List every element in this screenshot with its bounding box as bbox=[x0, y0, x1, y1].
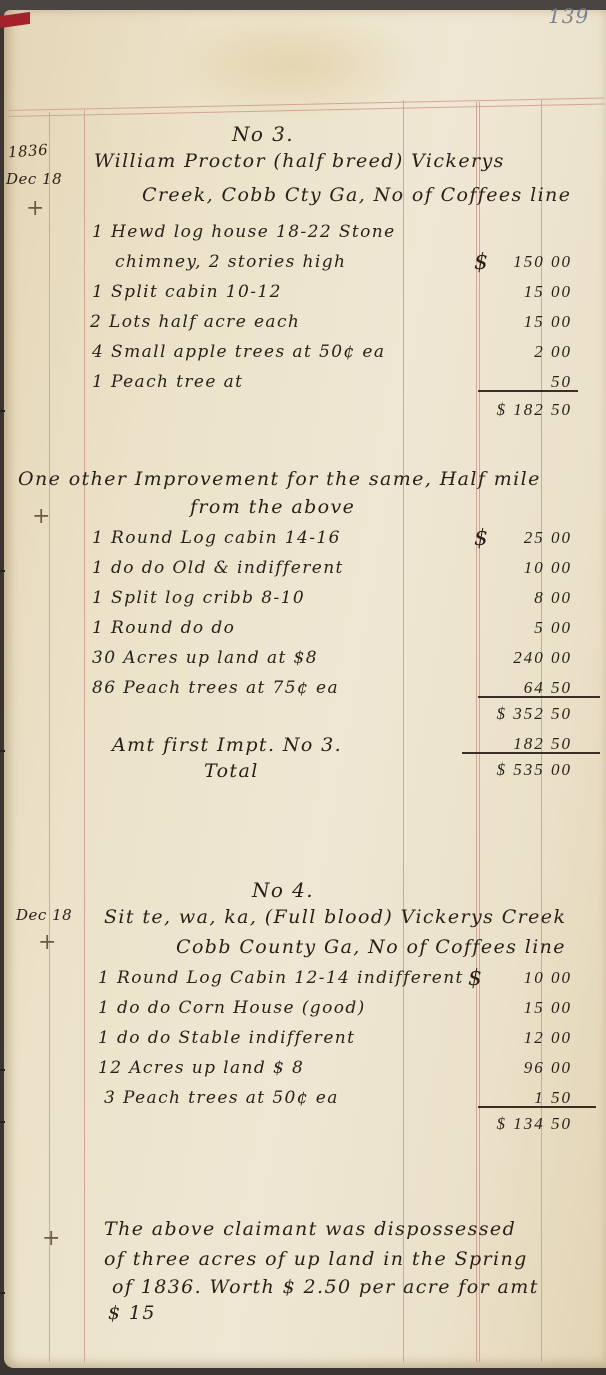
entry4-item-amount: 1 50 bbox=[452, 1088, 572, 1108]
entry4-item-desc: 3 Peach trees at 50¢ ea bbox=[104, 1088, 339, 1108]
entry3b-item-desc: 1 Split log cribb 8-10 bbox=[92, 588, 305, 608]
note-line4: $ 15 bbox=[108, 1302, 156, 1324]
entry3-item-amount: 15 00 bbox=[452, 282, 572, 302]
entry3b-total-label: Total bbox=[204, 760, 259, 782]
entry3b-heading-line1: One other Improvement for the same, Half… bbox=[18, 468, 541, 490]
note-line3: of 1836. Worth $ 2.50 per acre for amt bbox=[112, 1276, 539, 1298]
note-line2: of three acres of up land in the Spring bbox=[104, 1248, 528, 1270]
entry3-subtotal: $ 182 50 bbox=[452, 400, 572, 420]
margin-line-1 bbox=[49, 112, 50, 1362]
entry3-item-amount: 2 00 bbox=[452, 342, 572, 362]
entry3b-item-desc: 1 do do Old & indifferent bbox=[92, 558, 344, 578]
entry3b-total-rule bbox=[462, 752, 600, 754]
entry3-item-desc: 4 Small apple trees at 50¢ ea bbox=[92, 342, 385, 362]
binding-mark bbox=[0, 1292, 5, 1294]
entry3b-item-amount: 240 00 bbox=[452, 648, 572, 668]
margin-line-2 bbox=[84, 110, 85, 1362]
entry4-claimant-line2: Cobb County Ga, No of Coffees line bbox=[176, 936, 566, 958]
entry3b-cross-mark: + bbox=[32, 504, 52, 529]
note-line1: The above claimant was dispossessed bbox=[104, 1218, 516, 1240]
entry4-sum-rule bbox=[478, 1106, 596, 1108]
entry3-item-amount: 150 00 bbox=[452, 252, 572, 272]
binding-mark bbox=[0, 410, 5, 412]
entry3-item-amount: 50 bbox=[452, 372, 572, 392]
entry4-margin-date: Dec 18 bbox=[16, 906, 72, 924]
entry4-claimant-line1: Sit te, wa, ka, (Full blood) Vickerys Cr… bbox=[104, 906, 566, 928]
entry3-item-desc: 1 Hewd log house 18-22 Stone bbox=[92, 222, 396, 242]
entry4-item-amount: 96 00 bbox=[452, 1058, 572, 1078]
entry3b-item-amount: 10 00 bbox=[452, 558, 572, 578]
entry3b-sum-rule bbox=[478, 696, 600, 698]
entry4-heading: No 4. bbox=[252, 878, 314, 902]
binding-mark bbox=[0, 750, 5, 752]
entry3b-item-desc: 86 Peach trees at 75¢ ea bbox=[92, 678, 339, 698]
entry3-item-amount: 15 00 bbox=[452, 312, 572, 332]
entry3b-carry-label: Amt first Impt. No 3. bbox=[112, 734, 342, 756]
entry3-item-desc: 1 Split cabin 10-12 bbox=[92, 282, 282, 302]
entry4-subtotal: $ 134 50 bbox=[452, 1114, 572, 1134]
entry3-margin-date: Dec 18 bbox=[6, 170, 62, 188]
entry3-item-desc: 2 Lots half acre each bbox=[90, 312, 300, 332]
entry3-cross-mark: + bbox=[26, 196, 46, 221]
binding-mark bbox=[0, 1121, 5, 1123]
entry4-item-desc: 1 Round Log Cabin 12-14 indifferent bbox=[98, 968, 464, 988]
entry3b-item-amount: 64 50 bbox=[452, 678, 572, 698]
entry3-margin-year: 1836 bbox=[7, 141, 48, 162]
binding-mark bbox=[0, 570, 5, 572]
entry3b-item-desc: 1 Round do do bbox=[92, 618, 235, 638]
entry3b-item-amount: 5 00 bbox=[452, 618, 572, 638]
entry3-claimant-line1: William Proctor (half breed) Vickerys bbox=[94, 150, 505, 172]
entry3b-subtotal: $ 352 50 bbox=[452, 704, 572, 724]
entry4-item-amount: 15 00 bbox=[452, 998, 572, 1018]
binding-mark bbox=[0, 1069, 5, 1071]
entry4-item-desc: 1 do do Stable indifferent bbox=[98, 1028, 355, 1048]
entry3-item-desc: chimney, 2 stories high bbox=[115, 252, 346, 272]
entry3b-total-amount: $ 535 00 bbox=[452, 760, 572, 780]
entry4-item-desc: 12 Acres up land $ 8 bbox=[98, 1058, 304, 1078]
entry3-sum-rule bbox=[478, 390, 578, 392]
entry3-heading: No 3. bbox=[232, 122, 294, 146]
entry3b-item-amount: 8 00 bbox=[452, 588, 572, 608]
entry4-item-amount: 10 00 bbox=[452, 968, 572, 988]
entry3-claimant-line2: Creek, Cobb Cty Ga, No of Coffees line bbox=[142, 184, 571, 206]
entry3b-item-desc: 1 Round Log cabin 14-16 bbox=[92, 528, 341, 548]
note-cross-mark: + bbox=[42, 1226, 62, 1251]
entry3b-item-desc: 30 Acres up land at $8 bbox=[92, 648, 318, 668]
page-number: 139 bbox=[548, 4, 589, 28]
entry3b-heading-line2: from the above bbox=[190, 496, 355, 518]
entry4-item-amount: 12 00 bbox=[452, 1028, 572, 1048]
entry3b-carry-amount: 182 50 bbox=[452, 734, 572, 754]
entry4-cross-mark: + bbox=[38, 930, 58, 955]
column-line-desc bbox=[403, 100, 404, 1362]
entry4-item-desc: 1 do do Corn House (good) bbox=[98, 998, 366, 1018]
entry3b-item-amount: 25 00 bbox=[452, 528, 572, 548]
entry3-item-desc: 1 Peach tree at bbox=[92, 372, 243, 392]
